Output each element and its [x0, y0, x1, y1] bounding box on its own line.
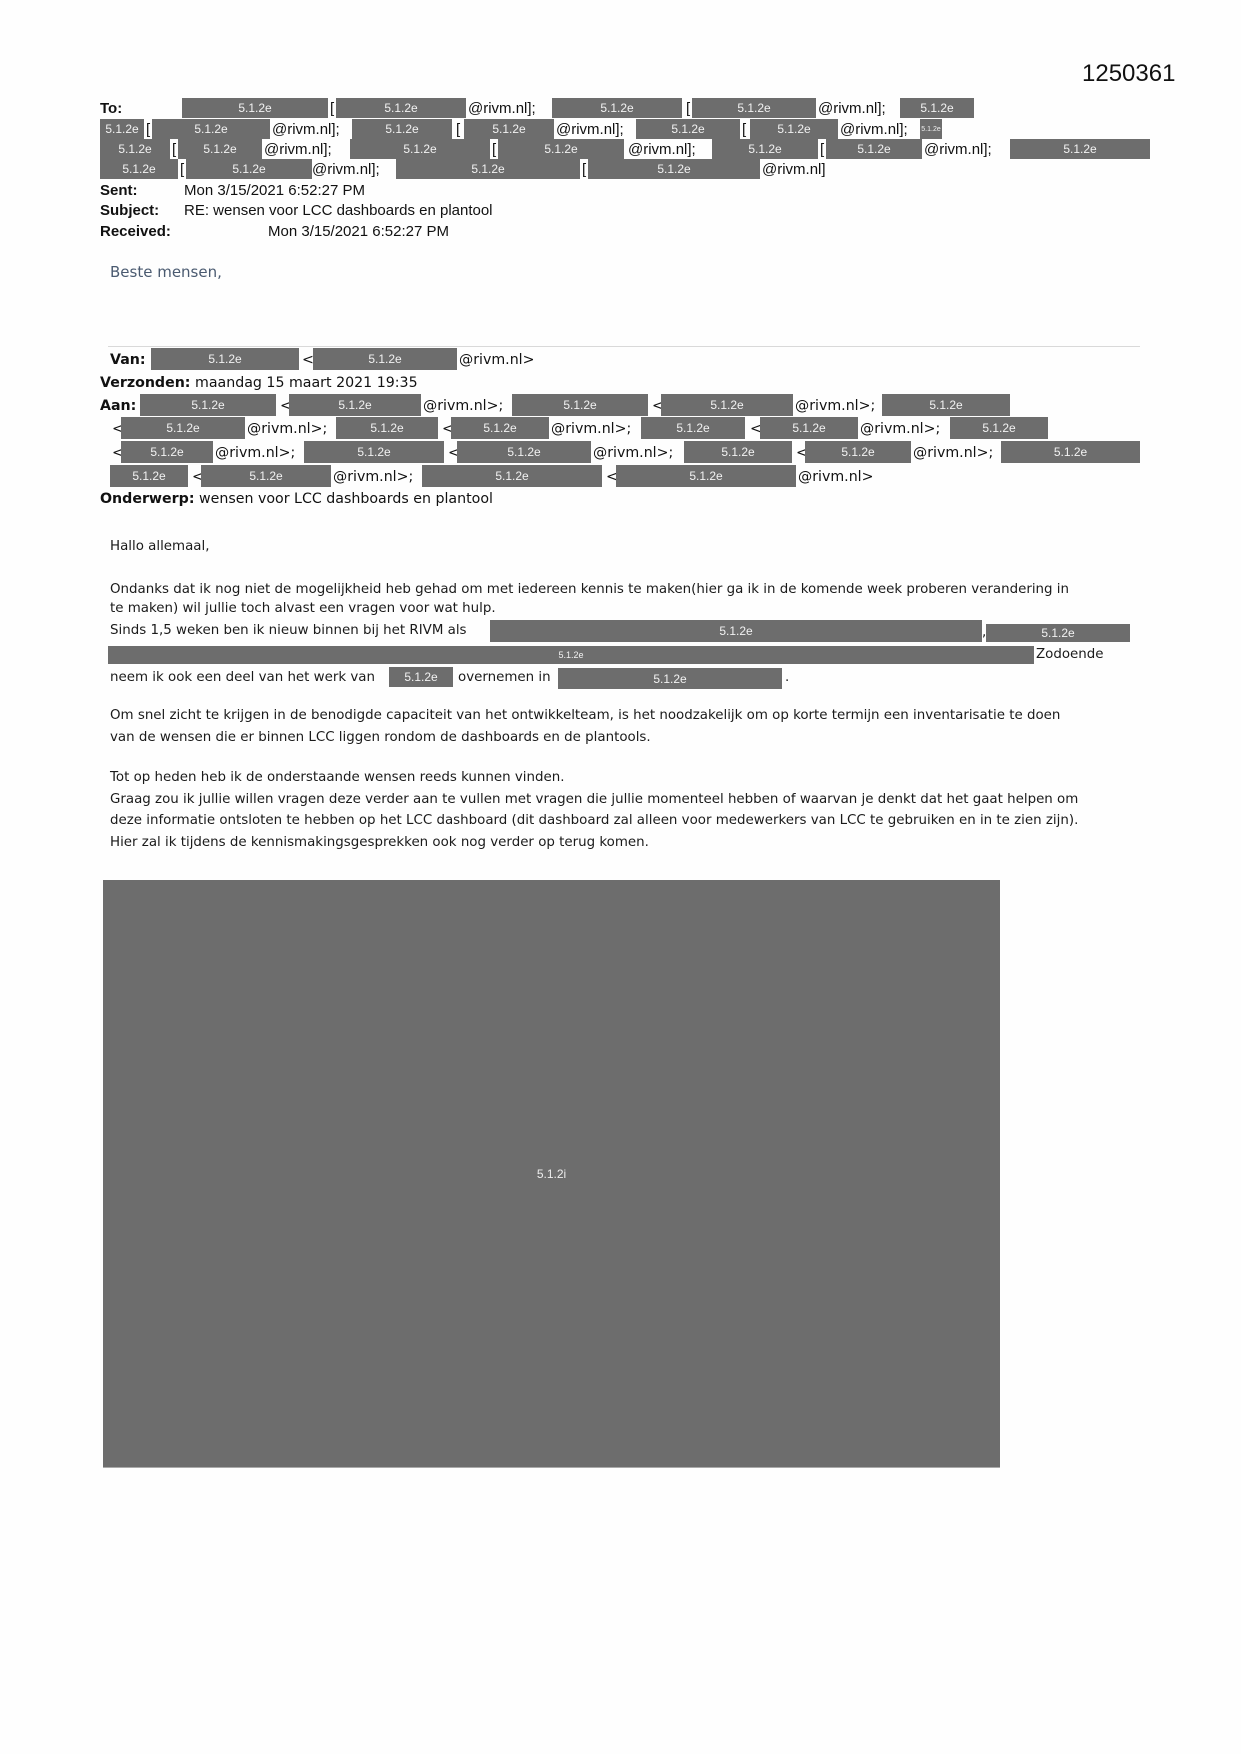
received-value: Mon 3/15/2021 6:52:27 PM [268, 223, 449, 241]
from-label: Van: [110, 351, 146, 369]
redacted-name: 5.1.2e [512, 394, 648, 416]
redacted-name: 5.1.2e [950, 417, 1048, 439]
salutation: Hallo allemaal, [110, 538, 209, 556]
redacted-email: 5.1.2e [498, 139, 624, 159]
redacted-name: 5.1.2e [100, 159, 178, 179]
redacted-text: 5.1.2e [558, 668, 782, 689]
subject-label: Subject: [100, 202, 159, 220]
redacted-email: 5.1.2e [289, 394, 421, 416]
redacted-email: 5.1.2e [661, 394, 793, 416]
redacted-name: 5.1.2e [352, 119, 452, 139]
redacted-name: 5.1.2e [684, 441, 792, 463]
email-domain: @rivm.nl]; [468, 100, 536, 118]
body-line: Tot op heden heb ik de onderstaande wens… [110, 769, 564, 787]
redacted-email: 5.1.2e [186, 159, 312, 179]
redacted-email: 5.1.2e [201, 465, 331, 487]
redacted-name: 5.1.2e [350, 139, 490, 159]
onderwerp-value: wensen voor LCC dashboards en plantool [199, 491, 493, 507]
redacted-image: 5.1.2i [103, 880, 1000, 1468]
redacted-name: 5.1.2e [304, 441, 444, 463]
redacted-role: 5.1.2e [490, 620, 982, 642]
redacted-name: 5.1.2e [636, 119, 740, 139]
email-domain: @rivm.nl]; [818, 100, 886, 118]
bracket: [ [492, 141, 496, 159]
redacted-name: 5.1.2e [100, 139, 170, 159]
redacted-name: 5.1.2e [882, 394, 1010, 416]
redacted-text-line: 5.1.2e [108, 646, 1034, 664]
addr-domain: @rivm.nl>; [333, 468, 413, 486]
redacted-text: 5.1.2e [986, 624, 1130, 642]
body-line: Graag zou ik jullie willen vragen deze v… [110, 791, 1078, 809]
redacted-email: 5.1.2e [588, 159, 760, 179]
redacted-email: 5.1.2e [152, 119, 270, 139]
bracket: [ [686, 100, 690, 118]
aan-label: Aan: [100, 397, 136, 415]
verzonden-field: Verzonden: maandag 15 maart 2021 19:35 [100, 374, 418, 392]
redacted-email: 5.1.2e [760, 417, 858, 439]
from-domain: @rivm.nl> [459, 351, 535, 369]
redacted-name: 5.1.2e [389, 667, 453, 687]
addr-domain: @rivm.nl>; [247, 420, 327, 438]
email-domain: @rivm.nl]; [312, 161, 380, 179]
body-line: neem ik ook een deel van het werk van [110, 669, 375, 687]
separator-line [108, 346, 1140, 347]
email-domain: @rivm.nl]; [556, 121, 624, 139]
email-domain: @rivm.nl]; [924, 141, 992, 159]
addr-domain: @rivm.nl>; [795, 397, 875, 415]
redacted-name: 5.1.2e [920, 119, 942, 139]
redacted-email: 5.1.2e [336, 98, 466, 118]
body-line: van de wensen die er binnen LCC liggen r… [110, 729, 651, 747]
addr-domain: @rivm.nl>; [593, 444, 673, 462]
document-id: 1250361 [1082, 60, 1175, 88]
subject-value: RE: wensen voor LCC dashboards en planto… [184, 202, 493, 220]
redacted-name: 5.1.2e [900, 98, 974, 118]
body-line: Ondanks dat ik nog niet de mogelijkheid … [110, 581, 1069, 599]
received-label: Received: [100, 223, 171, 241]
addr-domain: @rivm.nl> [798, 468, 874, 486]
email-domain: @rivm.nl] [762, 161, 826, 179]
redacted-email: 5.1.2e [313, 348, 457, 370]
bracket: [ [820, 141, 824, 159]
redacted-name: 5.1.2e [336, 417, 438, 439]
addr-domain: @rivm.nl>; [913, 444, 993, 462]
email-domain: @rivm.nl]; [840, 121, 908, 139]
body-line: deze informatie ontsloten te hebben op h… [110, 812, 1078, 830]
redacted-name: 5.1.2e [396, 159, 580, 179]
body-line: Sinds 1,5 weken ben ik nieuw binnen bij … [110, 622, 467, 640]
redacted-email: 5.1.2e [451, 417, 549, 439]
redacted-email: 5.1.2e [805, 441, 911, 463]
sent-label: Sent: [100, 182, 138, 200]
addr-domain: @rivm.nl>; [551, 420, 631, 438]
body-line: overnemen in [458, 669, 551, 687]
bracket: [ [456, 121, 460, 139]
redacted-name: 5.1.2e [140, 394, 276, 416]
redacted-name: 5.1.2e [712, 139, 818, 159]
period: . [785, 669, 789, 687]
redacted-name: 5.1.2e [641, 417, 745, 439]
redacted-email: 5.1.2e [121, 417, 245, 439]
email-domain: @rivm.nl]; [272, 121, 340, 139]
onderwerp-field: Onderwerp: wensen voor LCC dashboards en… [100, 490, 493, 508]
redacted-email: 5.1.2e [457, 441, 591, 463]
to-label: To: [100, 100, 122, 118]
addr-domain: @rivm.nl>; [215, 444, 295, 462]
redacted-name: 5.1.2e [151, 348, 299, 370]
email-domain: @rivm.nl]; [264, 141, 332, 159]
redacted-name: 5.1.2e [422, 465, 602, 487]
body-line: Om snel zicht te krijgen in de benodigde… [110, 707, 1060, 725]
redacted-name: 5.1.2e [552, 98, 682, 118]
redacted-email: 5.1.2e [826, 139, 922, 159]
bracket: [ [180, 161, 184, 179]
email-domain: @rivm.nl]; [628, 141, 696, 159]
body-line: te maken) wil jullie toch alvast een vra… [110, 600, 496, 618]
redacted-name: 5.1.2e [1010, 139, 1150, 159]
redacted-name: 5.1.2e [110, 465, 188, 487]
redacted-name: 5.1.2e [1001, 441, 1140, 463]
redacted-email: 5.1.2e [178, 139, 262, 159]
sent-value: Mon 3/15/2021 6:52:27 PM [184, 182, 365, 200]
body-line: Hier zal ik tijdens de kennismakingsgesp… [110, 834, 649, 852]
greeting: Beste mensen, [110, 263, 222, 281]
redacted-email: 5.1.2e [616, 465, 796, 487]
bracket: [ [582, 161, 586, 179]
bracket: [ [146, 121, 150, 139]
zodoende-word: Zodoende [1036, 646, 1104, 664]
bracket: [ [742, 121, 746, 139]
redacted-email: 5.1.2e [464, 119, 554, 139]
redacted-name: 5.1.2e [182, 98, 328, 118]
redacted-email: 5.1.2e [750, 119, 838, 139]
addr-domain: @rivm.nl>; [860, 420, 940, 438]
bracket: [ [330, 100, 334, 118]
redacted-name: 5.1.2e [100, 119, 144, 139]
verzonden-value: maandag 15 maart 2021 19:35 [195, 375, 418, 391]
addr-domain: @rivm.nl>; [423, 397, 503, 415]
redacted-email: 5.1.2e [121, 441, 213, 463]
redacted-email: 5.1.2e [692, 98, 816, 118]
bracket: [ [172, 141, 176, 159]
